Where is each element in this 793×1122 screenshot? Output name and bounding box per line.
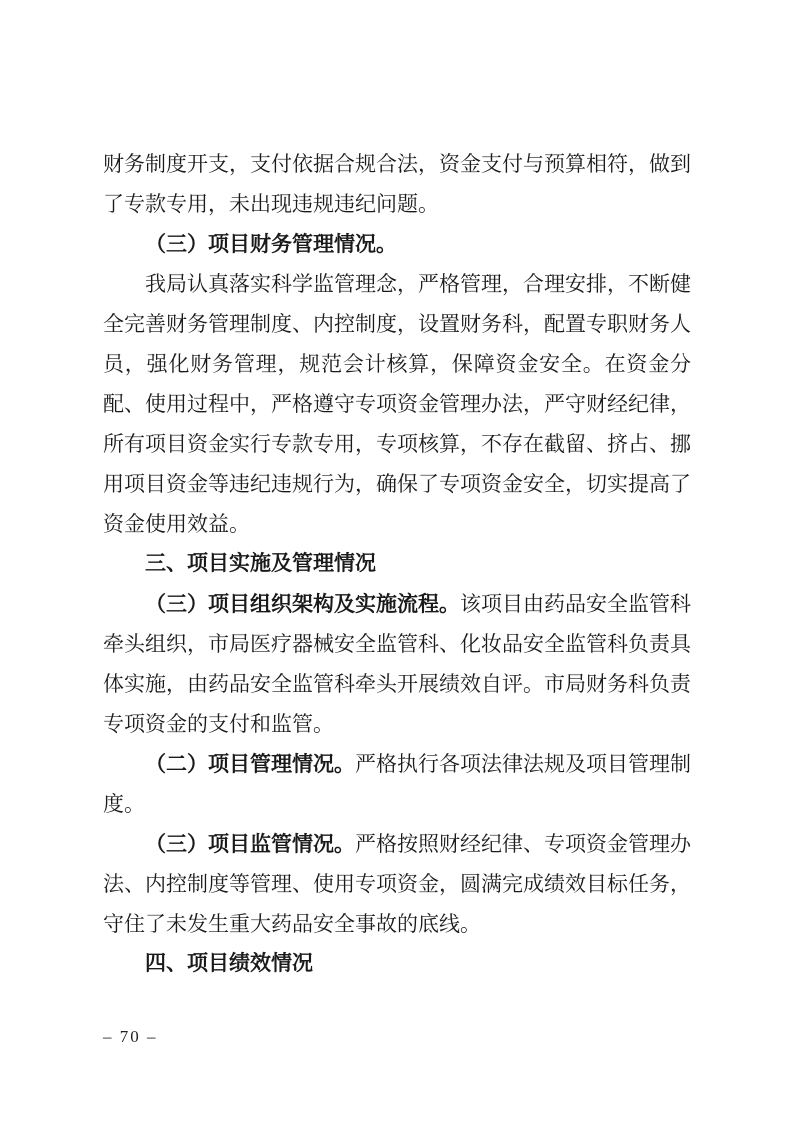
paragraph: 财务制度开支，支付依据合规合法，资金支付与预算相符，做到了专款专用，未出现违规违… <box>103 144 691 224</box>
section-heading: 三、项目实施及管理情况 <box>103 544 691 584</box>
section-heading-text: 四、项目绩效情况 <box>145 952 313 975</box>
run-in-heading: （三）项目组织架构及实施流程。 <box>145 592 460 616</box>
section-heading-text: 三、项目实施及管理情况 <box>145 552 376 575</box>
paragraph: （三）项目组织架构及实施流程。该项目由药品安全监管科牵头组织，市局医疗器械安全监… <box>103 584 691 744</box>
section-heading: 四、项目绩效情况 <box>103 944 691 984</box>
paragraph: 我局认真落实科学监管理念，严格管理，合理安排，不断健全完善财务管理制度、内控制度… <box>103 264 691 544</box>
document-content: 财务制度开支，支付依据合规合法，资金支付与预算相符，做到了专款专用，未出现违规违… <box>103 144 691 984</box>
run-in-heading: （二）项目管理情况。 <box>145 752 355 776</box>
page-number: – 70 – <box>103 1026 158 1048</box>
document-page: 财务制度开支，支付依据合规合法，资金支付与预算相符，做到了专款专用，未出现违规违… <box>0 0 793 1122</box>
run-in-heading: （三）项目监管情况。 <box>145 832 355 856</box>
paragraph: （三）项目监管情况。严格按照财经纪律、专项资金管理办法、内控制度等管理、使用专项… <box>103 824 691 944</box>
paragraph: （三）项目财务管理情况。 <box>103 224 691 264</box>
paragraph: （二）项目管理情况。严格执行各项法律法规及项目管理制度。 <box>103 744 691 824</box>
run-in-heading: （三）项目财务管理情况。 <box>145 232 397 256</box>
body-text: 财务制度开支，支付依据合规合法，资金支付与预算相符，做到了专款专用，未出现违规违… <box>103 152 691 216</box>
body-text: 我局认真落实科学监管理念，严格管理，合理安排，不断健全完善财务管理制度、内控制度… <box>103 272 691 536</box>
